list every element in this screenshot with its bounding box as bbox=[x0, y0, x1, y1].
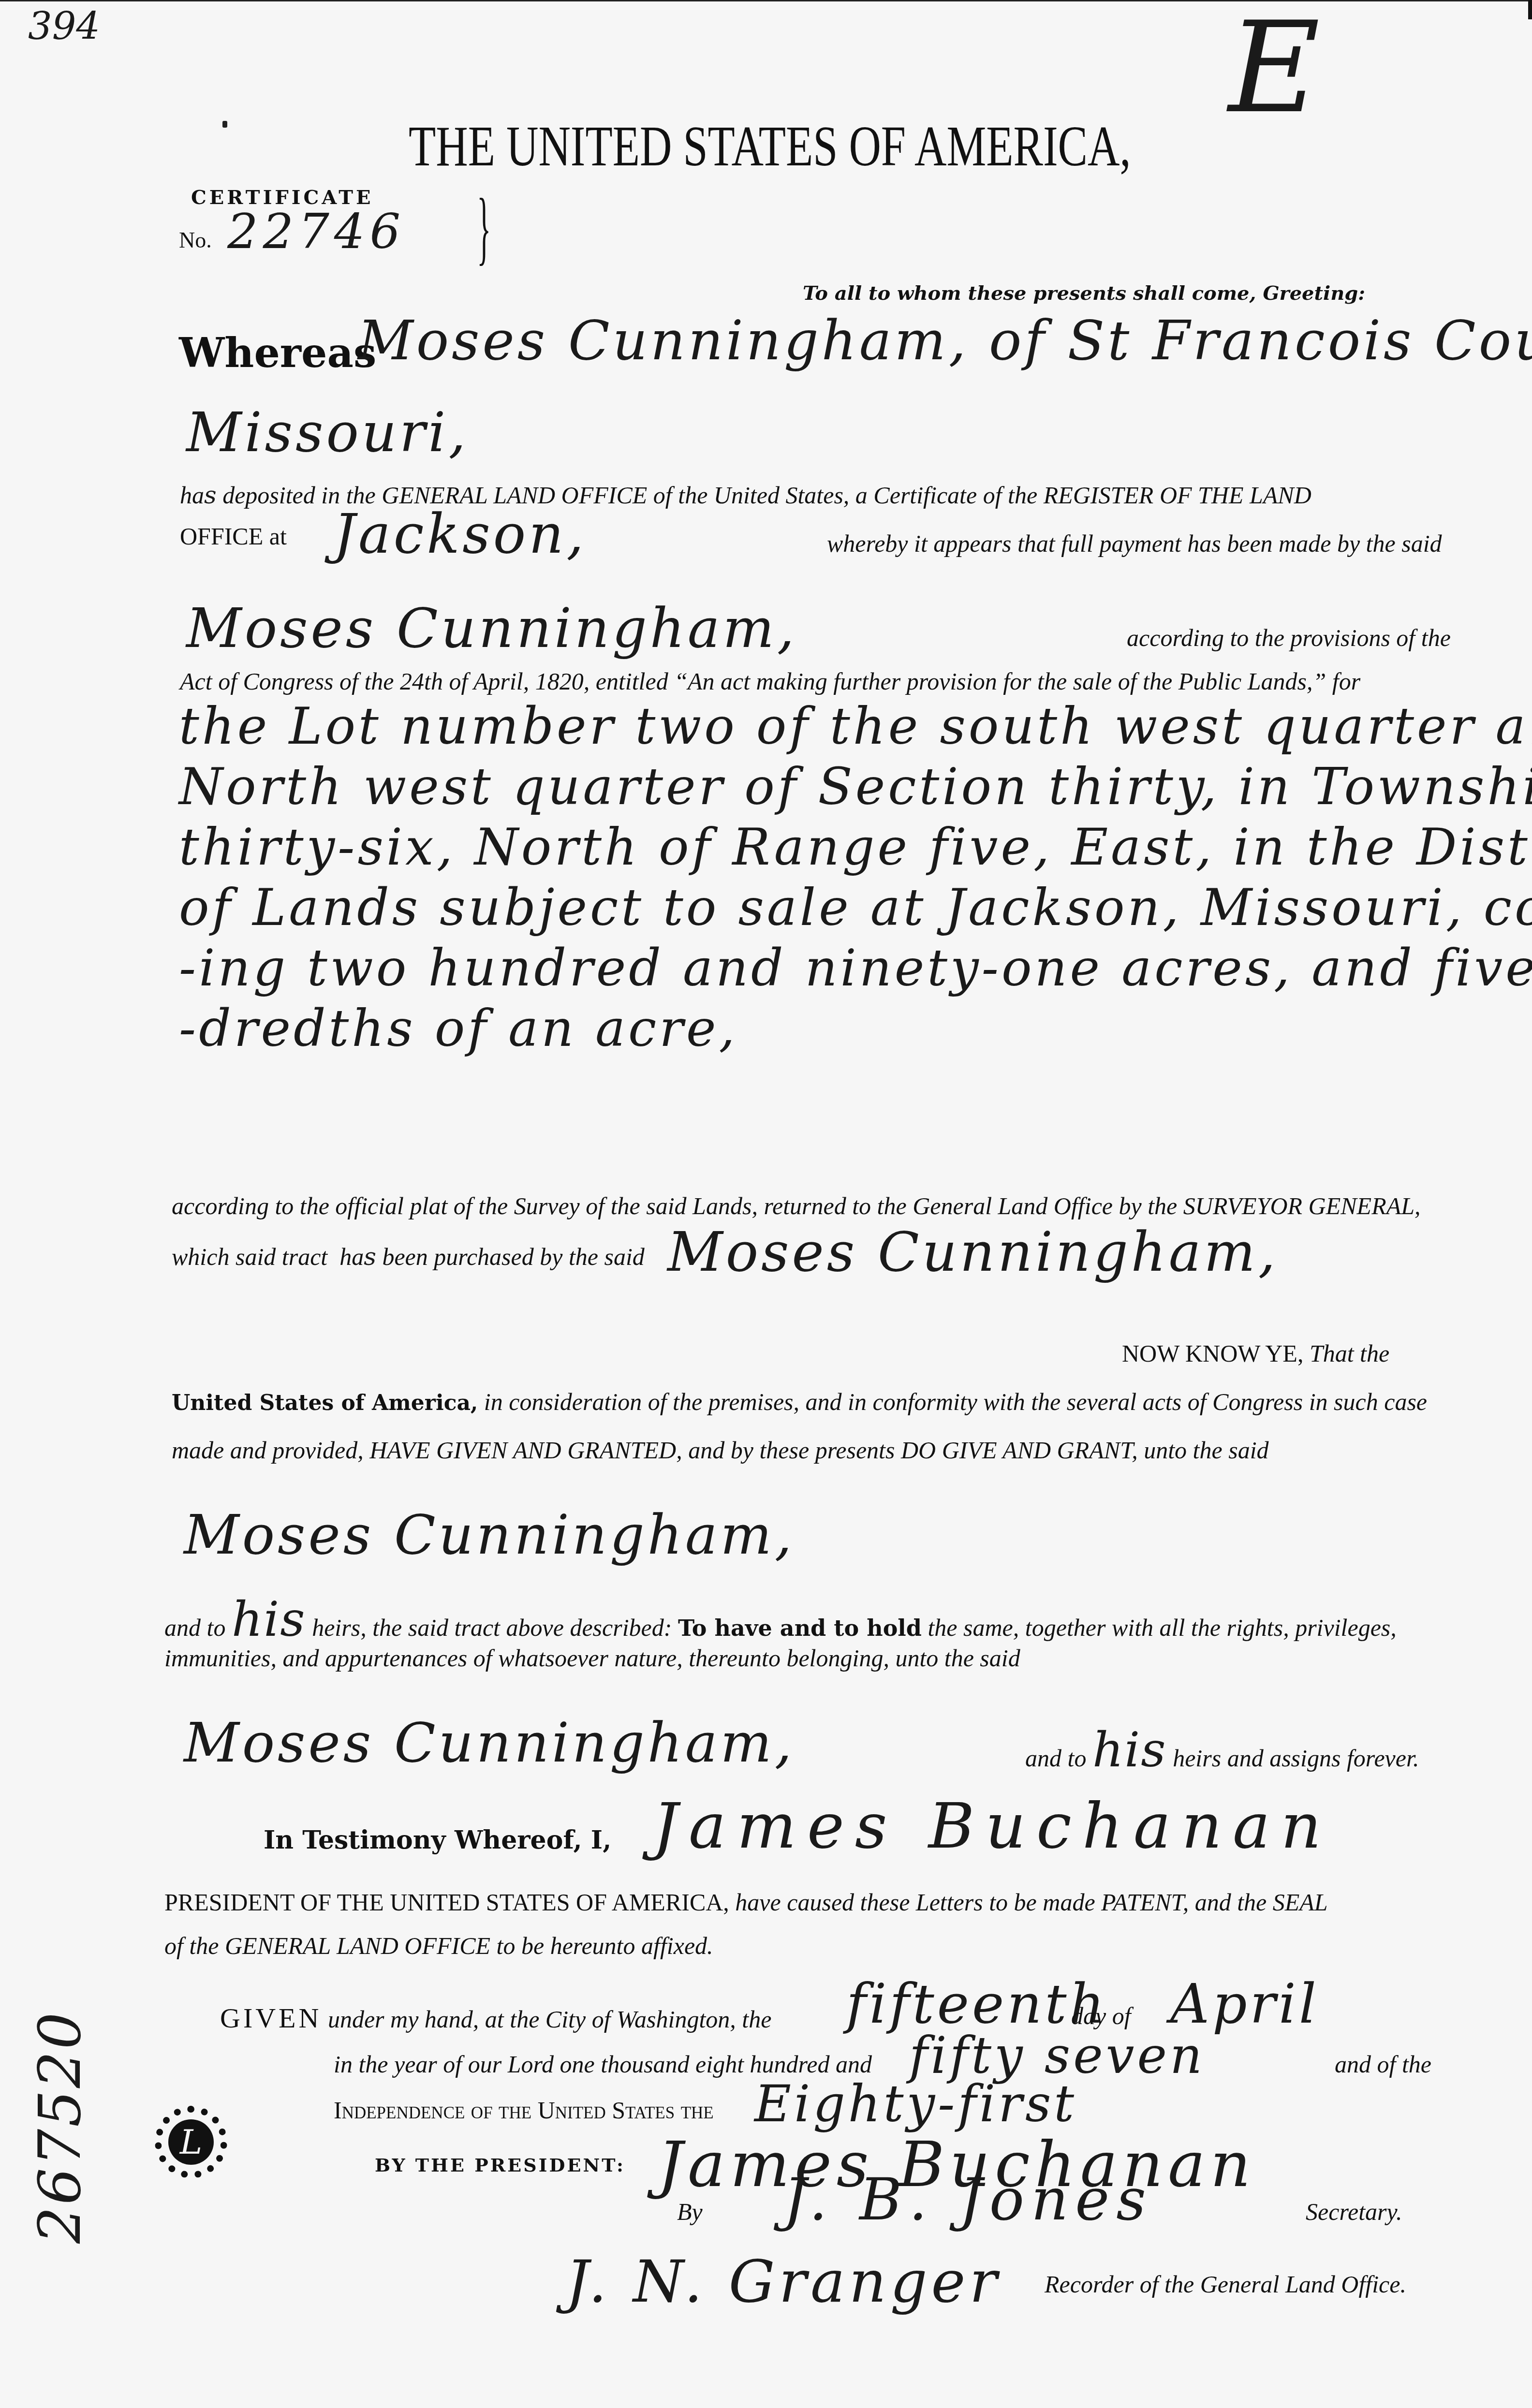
grant-line: made and provided, HAVE GIVEN AND GRANTE… bbox=[172, 1436, 1269, 1464]
page-edge-mark bbox=[1528, 0, 1532, 19]
recorder-signature: J. N. Granger bbox=[566, 2248, 1001, 2316]
grantee-name-county: Moses Cunningham, of St Francois County, bbox=[358, 309, 1532, 372]
certificate-brace: } bbox=[477, 186, 491, 268]
survey-line: according to the official plat of the Su… bbox=[172, 1192, 1421, 1220]
forever-prefix: and to bbox=[1025, 1745, 1086, 1772]
to-have-and-to-hold: To have and to hold bbox=[678, 1615, 922, 1641]
certificate-number: 22746 bbox=[227, 203, 405, 260]
land-description-line: of Lands subject to sale at Jackson, Mis… bbox=[179, 878, 1485, 938]
purchaser-name: Moses Cunningham, bbox=[667, 1221, 1278, 1284]
independence-line: Independence of the United States the bbox=[334, 2096, 714, 2124]
deposit-prefix: ha bbox=[180, 482, 204, 509]
given-line: GIVEN under my hand, at the City of Wash… bbox=[220, 2002, 771, 2034]
consideration-line: United States of America, in considerati… bbox=[172, 1388, 1427, 1416]
testimony-label: In Testimony Whereof, I, bbox=[264, 1825, 611, 1855]
land-description-line: the Lot number two of the south west qua… bbox=[179, 696, 1485, 757]
office-at-label: OFFICE at bbox=[180, 522, 287, 550]
independence-year: Eighty-first bbox=[754, 2074, 1077, 2133]
now-know-ye: NOW KNOW YE, That the bbox=[1122, 1339, 1389, 1367]
recorder-label: Recorder of the General Land Office. bbox=[1045, 2270, 1406, 2298]
forever-line: and to his heirs and assigns forever. bbox=[1025, 1721, 1419, 1778]
forever-pronoun: his bbox=[1092, 1721, 1167, 1778]
seal-line: of the GENERAL LAND OFFICE to be hereunt… bbox=[164, 1932, 713, 1960]
president-title: PRESIDENT OF THE UNITED STATES OF AMERIC… bbox=[164, 1889, 729, 1916]
that-the-text: That the bbox=[1310, 1340, 1389, 1367]
page-number-note: 394 bbox=[28, 5, 100, 48]
purchase-text-b: been purchased by the said bbox=[382, 1243, 644, 1270]
forever-text: heirs and assigns forever. bbox=[1173, 1745, 1419, 1772]
heirs-text-a: heirs, the said tract above described: bbox=[312, 1614, 672, 1641]
purchase-line: which said tract has been purchased by t… bbox=[172, 1243, 645, 1271]
class-letter-note: E bbox=[1228, 0, 1320, 141]
final-name: Moses Cunningham, bbox=[184, 1712, 795, 1775]
testimony-president-name: James Buchanan bbox=[653, 1789, 1332, 1863]
heirs-pronoun: his bbox=[232, 1591, 306, 1647]
certificate-no-label: No. bbox=[179, 227, 212, 253]
land-description-line: -dredths of an acre, bbox=[179, 998, 1485, 1059]
usa-blackletter: United States of America, bbox=[172, 1391, 478, 1415]
secretary-label: Secretary. bbox=[1306, 2198, 1402, 2226]
heirs-line: and to his heirs, the said tract above d… bbox=[164, 1591, 1397, 1647]
by-the-president-label: BY THE PRESIDENT: bbox=[375, 2154, 625, 2176]
deposit-suffix: s bbox=[204, 481, 217, 509]
purchase-text-a: which said tract bbox=[172, 1243, 327, 1270]
president-line: PRESIDENT OF THE UNITED STATES OF AMERIC… bbox=[164, 1888, 1328, 1916]
document-title: THE UNITED STATES OF AMERICA, bbox=[409, 114, 1131, 179]
and-of-the-text: and of the bbox=[1335, 2050, 1431, 2078]
payment-line: whereby it appears that full payment has… bbox=[827, 529, 1442, 558]
grantee-state: Missouri, bbox=[186, 401, 469, 464]
vertical-number-note: 267520 bbox=[27, 2011, 94, 2244]
seal-icon: L bbox=[155, 2106, 227, 2178]
by-label: By bbox=[677, 2198, 703, 2226]
heirs-prefix: and to bbox=[164, 1614, 225, 1641]
caused-text: have caused these Letters to be made PAT… bbox=[735, 1889, 1327, 1916]
greeting: To all to whom these presents shall come… bbox=[803, 282, 1365, 305]
consideration-text: in consideration of the premises, and in… bbox=[484, 1388, 1427, 1415]
provisions-line: according to the provisions of the bbox=[1127, 624, 1451, 652]
given-text: under my hand, at the City of Washington… bbox=[328, 2006, 772, 2033]
act-line: Act of Congress of the 24th of April, 18… bbox=[180, 667, 1360, 695]
land-description-line: -ing two hundred and ninety-one acres, a… bbox=[179, 938, 1485, 998]
whereas-blackletter: Whereas bbox=[179, 329, 376, 377]
heirs-text-b: the same, together with all the rights, … bbox=[928, 1614, 1396, 1641]
immunities-line: immunities, and appurtenances of whatsoe… bbox=[164, 1644, 1020, 1672]
grant-name: Moses Cunningham, bbox=[184, 1504, 795, 1567]
land-description-line: North west quarter of Section thirty, in… bbox=[179, 757, 1485, 817]
payer-name: Moses Cunningham, bbox=[186, 597, 797, 660]
land-description-line: thirty-six, North of Range five, East, i… bbox=[179, 817, 1485, 878]
now-know-ye-text: NOW KNOW YE, bbox=[1122, 1340, 1303, 1367]
dot-mark bbox=[222, 121, 227, 128]
secretary-signature: J. B. Jones bbox=[783, 2166, 1153, 2233]
office-location: Jackson, bbox=[334, 503, 587, 566]
given-word: GIVEN bbox=[220, 2002, 322, 2034]
land-description: the Lot number two of the south west qua… bbox=[179, 696, 1485, 1059]
